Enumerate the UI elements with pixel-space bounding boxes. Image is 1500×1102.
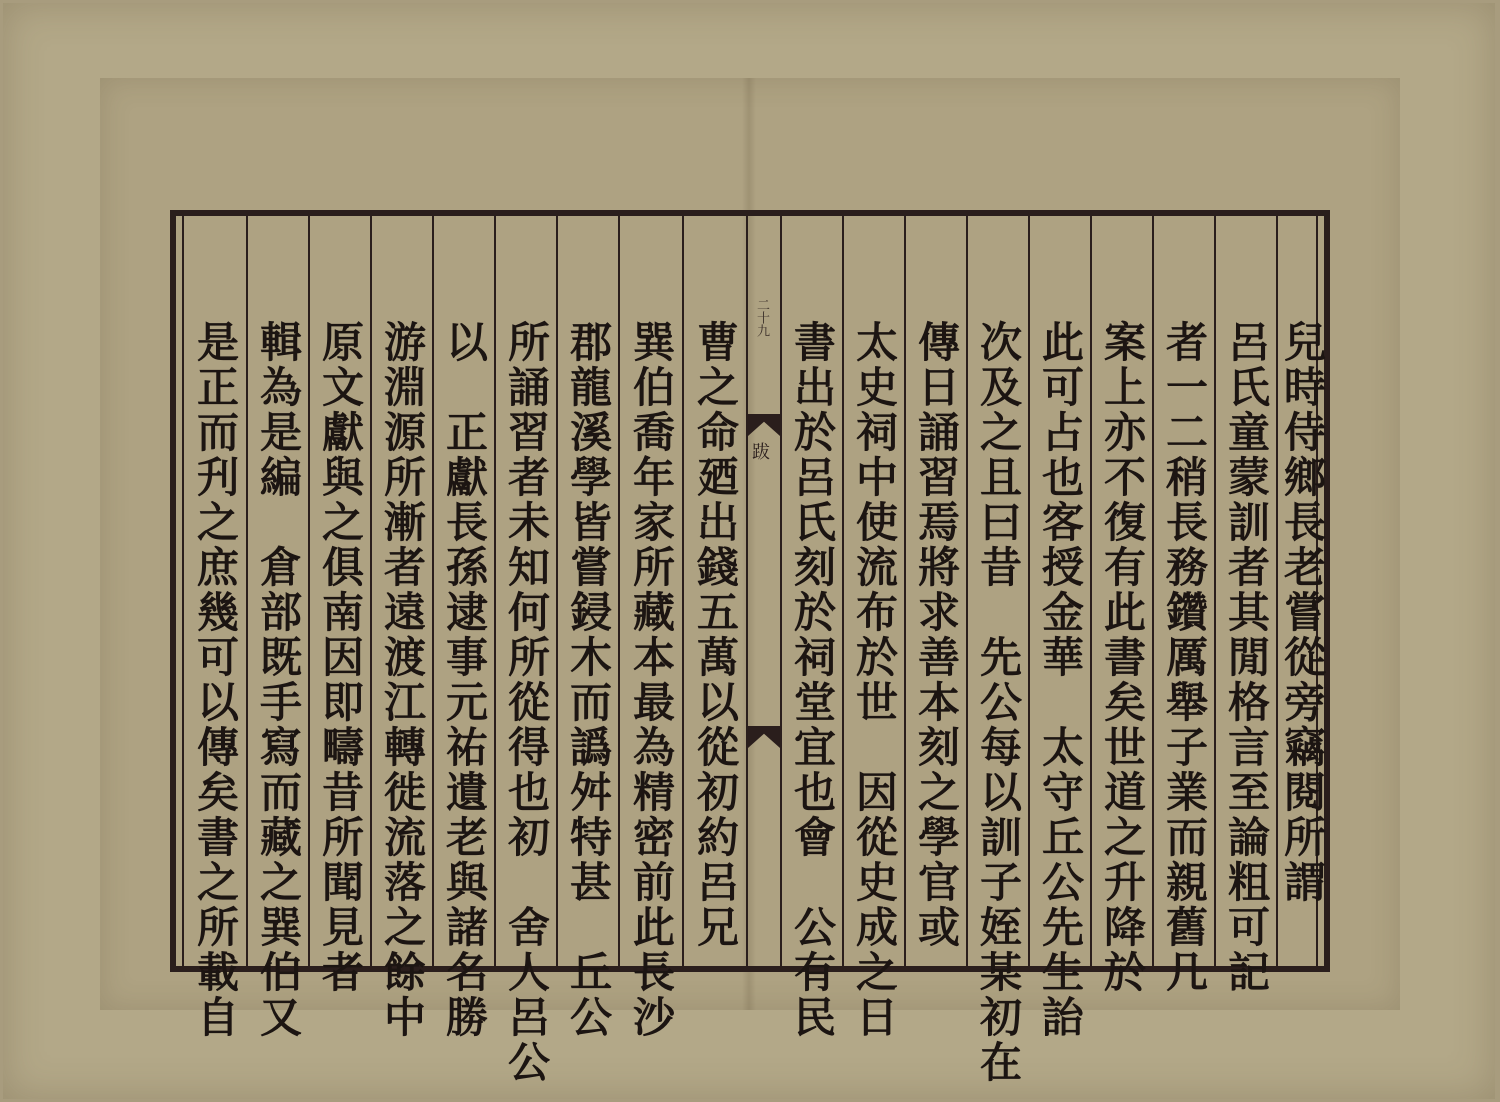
text-column-14: 以 正獻長孫逮事元祐遺老與諸名勝 bbox=[432, 216, 494, 966]
text-column-1: 兒時侍鄉長老嘗從旁竊閱所謂 bbox=[1276, 216, 1326, 966]
text-column-10: 曹之命廼出錢五萬以從初約呂兄 bbox=[682, 216, 746, 966]
lower-fishtail-mark bbox=[748, 726, 780, 748]
text-column-3: 者一二稍長務鑽厲舉子業而親舊几 bbox=[1152, 216, 1214, 966]
text-column-5: 此可占也客授金華 太守丘公先生詒 bbox=[1028, 216, 1090, 966]
text-column-13: 所誦習者未知何所從得也初 舍人呂公 bbox=[494, 216, 556, 966]
text-column-15: 游淵源所漸者遠渡江轉徙流落之餘中 bbox=[370, 216, 432, 966]
text-column-7: 傳日誦習焉將求善本刻之學官或 bbox=[904, 216, 966, 966]
page-number: 二十九 bbox=[752, 298, 771, 337]
text-column-2: 呂氏童蒙訓者其閒格言至論粗可記 bbox=[1214, 216, 1276, 966]
text-column-4: 案上亦不復有此書矣世道之升降於 bbox=[1090, 216, 1152, 966]
text-column-9: 書出於呂氏刻於祠堂宜也會 公有民 bbox=[780, 216, 842, 966]
text-column-17: 輯為是編 倉部既手寫而藏之巽伯又 bbox=[246, 216, 308, 966]
printed-frame: 是正而刋之庶幾可以傳矣書之所載自 輯為是編 倉部既手寫而藏之巽伯又 原文獻與之俱… bbox=[170, 210, 1330, 972]
text-column-6: 次及之且曰昔 先公每以訓子姪某初在 bbox=[966, 216, 1028, 966]
banxin-center-strip: 二十九 跋 bbox=[746, 216, 782, 966]
text-column-12: 郡龍溪學皆嘗鋟木而譌舛特甚 丘公 bbox=[556, 216, 618, 966]
section-label: 跋 bbox=[752, 438, 770, 464]
text-column-11: 巽伯喬年家所藏本最為精密前此長沙 bbox=[618, 216, 682, 966]
frame-inner: 是正而刋之庶幾可以傳矣書之所載自 輯為是編 倉部既手寫而藏之巽伯又 原文獻與之俱… bbox=[182, 216, 1318, 966]
text-column-8: 太史祠中使流布於世 因從史成之日 bbox=[842, 216, 904, 966]
text-column-16: 原文獻與之俱南因即疇昔所聞見者 bbox=[308, 216, 370, 966]
upper-fishtail-mark bbox=[748, 414, 780, 436]
text-column-18: 是正而刋之庶幾可以傳矣書之所載自 bbox=[184, 216, 246, 966]
